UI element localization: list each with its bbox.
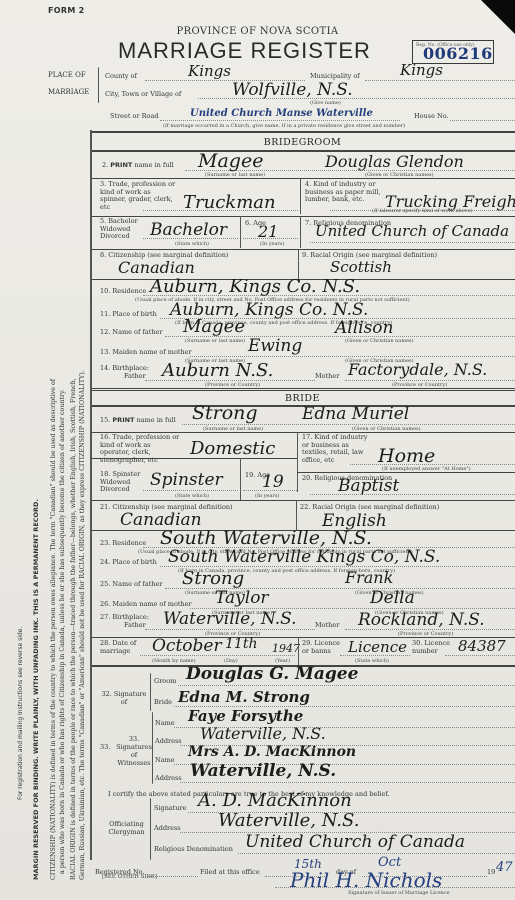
clergy-address: Waterville, N.S. — [218, 810, 359, 831]
divider — [298, 637, 299, 665]
margin-racial-def-2: German, Russian, Ukrainian, etc. The ter… — [79, 370, 86, 880]
clergy-signature-label: Signature — [154, 804, 187, 812]
frame-top-rule — [92, 131, 515, 133]
issuer-label: Signature of Issuer of Marriage Licence — [348, 890, 450, 896]
section-rule — [92, 388, 515, 391]
document-title: MARRIAGE REGISTER — [118, 38, 371, 64]
divider — [298, 249, 299, 279]
licence-number: 84387 — [458, 637, 506, 655]
f18-hint: (State which) — [175, 493, 209, 499]
groom-mother-birthplace: Factorydale, N.S. — [348, 360, 487, 379]
f18-label: 18. Spinster Widowed Divorced — [100, 471, 145, 494]
margin-citizenship-def-2: a person who was born in Canada or who h… — [59, 389, 66, 874]
clergy-denomination-label: Religious Denomination — [154, 845, 233, 853]
groom-residence: Auburn, Kings Co. N.S. — [150, 276, 360, 297]
bride-marital-status: Spinster — [150, 470, 223, 490]
bride-occupation: Domestic — [190, 438, 275, 459]
bride-given-names: Edna Muriel — [302, 404, 409, 424]
f16-label: 16. Trade, profession or kind of work as… — [100, 434, 180, 464]
groom-surname: Magee — [198, 150, 263, 172]
f29-label: 29. Licence or banns — [302, 640, 347, 655]
margin-binding-note: MARGIN RESERVED FOR BINDING. WRITE PLAIN… — [32, 499, 40, 880]
f32-label: 32. Signature of — [100, 690, 148, 706]
f13-label: 13. Maiden name of mother — [100, 348, 192, 356]
bride-father-birthplace: Waterville, N.S. — [163, 609, 297, 629]
groom-marital-status: Bachelor — [150, 220, 227, 240]
witness1-address: Waterville, N.S. — [200, 724, 326, 743]
f14-label: 14. Birthplace: — [100, 364, 149, 372]
f12-label: 12. Name of father — [100, 328, 162, 336]
rule — [92, 500, 515, 501]
f3-label: 3. Trade, profession or kind of work as … — [100, 181, 178, 211]
clergy-denomination-line — [238, 853, 515, 854]
bride-father-given: Frank — [345, 568, 393, 587]
clergy-brace — [150, 798, 151, 860]
f12-surname-hint: (Surname or last name) — [185, 338, 245, 344]
marriage-month: October — [152, 636, 222, 656]
f6-hint: (In years) — [260, 241, 284, 247]
municipality-line — [365, 80, 515, 81]
bride-mother-maiden-surname: Taylor — [215, 588, 269, 608]
f2-print: PRINT — [110, 161, 132, 169]
bride-birthplace: South Waterville Kings Co, N.S. — [168, 547, 440, 567]
rule — [297, 472, 515, 473]
house-no-line — [450, 120, 515, 121]
f27-father-line — [145, 629, 315, 630]
f15-line — [182, 424, 515, 425]
witness2-address-label: Address — [155, 774, 182, 782]
marriage-year: 1947 — [272, 642, 300, 655]
bride-age: 19 — [262, 472, 284, 492]
clergy-denomination: United Church of Canada — [245, 832, 465, 852]
divider — [240, 458, 241, 500]
f27-label: 27. Birthplace: — [100, 613, 149, 621]
licence-or-banns: Licence — [348, 638, 407, 656]
f17-label: 17. Kind of industry or business as text… — [302, 434, 374, 464]
bridegroom-heading: BRIDEGROOM — [90, 137, 515, 148]
f25-label: 25. Name of father — [100, 580, 162, 588]
f15-text: name in full — [137, 416, 176, 424]
issuer-line — [275, 887, 515, 888]
groom-given-names: Douglas Glendon — [325, 152, 464, 171]
witness1-address-label: Address — [155, 737, 182, 745]
bride-heading: BRIDE — [90, 393, 515, 404]
filed-label: Filed at this office — [200, 868, 260, 876]
groom-mother-maiden-surname: Ewing — [248, 336, 302, 356]
clergy-signature: A. D. MacKinnon — [198, 790, 352, 811]
bride-signature: Edna M. Strong — [178, 688, 310, 706]
street-value: United Church Manse Waterville — [190, 108, 373, 119]
filed-year: 47 — [496, 860, 513, 875]
bride-mother-given: Della — [370, 588, 415, 608]
groom-father-birthplace: Auburn N.S. — [162, 360, 273, 381]
f33-label: 33. Signatures of Witnesses — [116, 735, 152, 767]
f30-label: 30. Licence number — [412, 640, 454, 655]
f14-mother-label: Mother — [315, 372, 339, 380]
house-no-label: House No. — [414, 112, 449, 120]
city-label: City, Town or Village of — [105, 90, 181, 98]
f2-num: 2. — [102, 161, 108, 169]
rule — [92, 178, 515, 179]
municipality-value: Kings — [400, 61, 443, 79]
f15-print: PRINT — [112, 416, 134, 424]
filed-year-prefix: 19 — [487, 868, 495, 876]
f2-label: 2. PRINT name in full — [102, 161, 174, 169]
city-hint: (Give name) — [310, 100, 341, 106]
city-value: Wolfville, N.S. — [232, 80, 353, 100]
f29-hint: (State which) — [355, 658, 389, 664]
street-hint: (If marriage occurred in a Church, give … — [163, 123, 405, 129]
witness2-address-line — [180, 782, 515, 783]
f5-hint: (State which) — [175, 241, 209, 247]
groom-religion: United Church of Canada — [315, 222, 509, 240]
witness2-name-label: Name — [155, 756, 175, 764]
groom-occupation: Truckman — [183, 192, 276, 213]
bride-residence: South Waterville, N.S. — [160, 527, 372, 549]
f26-label: 26. Maiden name of mother — [100, 600, 192, 608]
street-label: Street or Road — [110, 112, 158, 120]
f33-num: 33. — [100, 743, 110, 751]
groom-signature-label: Groom — [154, 677, 176, 685]
issuer-signature: Phil H. Nichols — [290, 868, 442, 892]
f10-label: 10. Residence — [100, 287, 146, 295]
bride-religion: Baptist — [338, 476, 399, 496]
street-line — [160, 120, 400, 121]
form-number: FORM 2 — [48, 6, 85, 15]
municipality-label: Municipality of — [310, 72, 360, 80]
f15-label: 15. PRINT name in full — [100, 416, 176, 424]
f2-text: name in full — [134, 161, 173, 169]
groom-signature: Douglas G. Magee — [186, 664, 358, 684]
county-value: Kings — [188, 62, 231, 80]
f7-line — [310, 242, 515, 243]
f4-label: 4. Kind of industry or business as paper… — [305, 181, 383, 204]
f5-label: 5. Bachelor Widowed Divorced — [100, 218, 145, 241]
bride-father-surname: Strong — [182, 568, 244, 589]
groom-signature-line — [178, 685, 515, 686]
f30-line — [445, 655, 515, 656]
f12-given-hint: (Given or Christian names) — [345, 338, 414, 344]
f18-line — [143, 490, 238, 491]
county-label: County of — [105, 72, 137, 80]
clergy-label: Officiating Clergyman — [104, 820, 149, 836]
rule — [92, 458, 297, 459]
margin-racial-def-1: RACIAL ORIGIN is defined in terms of the… — [70, 378, 77, 880]
f14-father-label: Father — [124, 372, 146, 380]
f15-num: 15. — [100, 416, 110, 424]
f11-label: 11. Place of birth — [100, 310, 157, 318]
f4-hint: (If labourer specify kind of work above) — [372, 208, 472, 214]
groom-citizenship: Canadian — [118, 258, 195, 277]
divider — [297, 432, 298, 492]
divider — [300, 216, 301, 248]
witness2-address: Waterville, N.S. — [190, 761, 336, 781]
bride-industry: Home — [378, 445, 435, 467]
f27-father-label: Father — [124, 621, 146, 629]
margin-citizenship-def-1: CITIZENSHIP (NATIONALITY) is defined in … — [50, 379, 57, 880]
marriage-day: 11th — [225, 636, 257, 652]
f23-label: 23. Residence — [100, 539, 146, 547]
f13-line — [190, 356, 515, 357]
province-title: PROVINCE OF NOVA SCOTIA — [0, 26, 515, 37]
f24-label: 24. Place of birth — [100, 558, 157, 566]
rule — [92, 249, 515, 250]
marriage-register-document: For registration and mailing Instruction… — [0, 0, 515, 900]
divider — [300, 178, 301, 214]
clergy-address-label: Address — [154, 824, 181, 832]
groom-father-surname: Magee — [183, 316, 245, 337]
bride-signature-label: Bride — [154, 698, 172, 706]
f28-label: 28. Date of marriage — [100, 640, 145, 655]
groom-age: 21 — [258, 222, 278, 241]
f14-mother-line — [345, 380, 515, 381]
f22-label: 22. Racial Origin (see marginal definiti… — [300, 503, 439, 511]
margin-instructions: For registration and mailing Instruction… — [17, 627, 24, 800]
place-label-2: MARRIAGE — [48, 88, 89, 96]
f19-hint: (In years) — [255, 493, 279, 499]
witness1-name-label: Name — [155, 719, 175, 727]
bride-mother-birthplace: Rockland, N.S. — [358, 610, 485, 630]
place-label-1: PLACE OF — [48, 71, 86, 79]
f27-mother-label: Mother — [315, 621, 339, 629]
divider — [240, 216, 241, 248]
see-other-side-note: [SEE OTHER SIDE] — [102, 874, 157, 880]
groom-racial-origin: Scottish — [330, 258, 392, 276]
witness2-name: Mrs A. D. MacKinnon — [188, 744, 356, 760]
bride-surname: Strong — [192, 402, 258, 424]
divider — [296, 500, 297, 530]
witnesses-brace — [152, 712, 153, 784]
witness1-name: Faye Forsythe — [188, 707, 303, 725]
signature-brace — [150, 673, 151, 711]
place-brace — [98, 67, 99, 103]
groom-father-given: Allison — [335, 318, 394, 338]
rule — [92, 216, 515, 217]
